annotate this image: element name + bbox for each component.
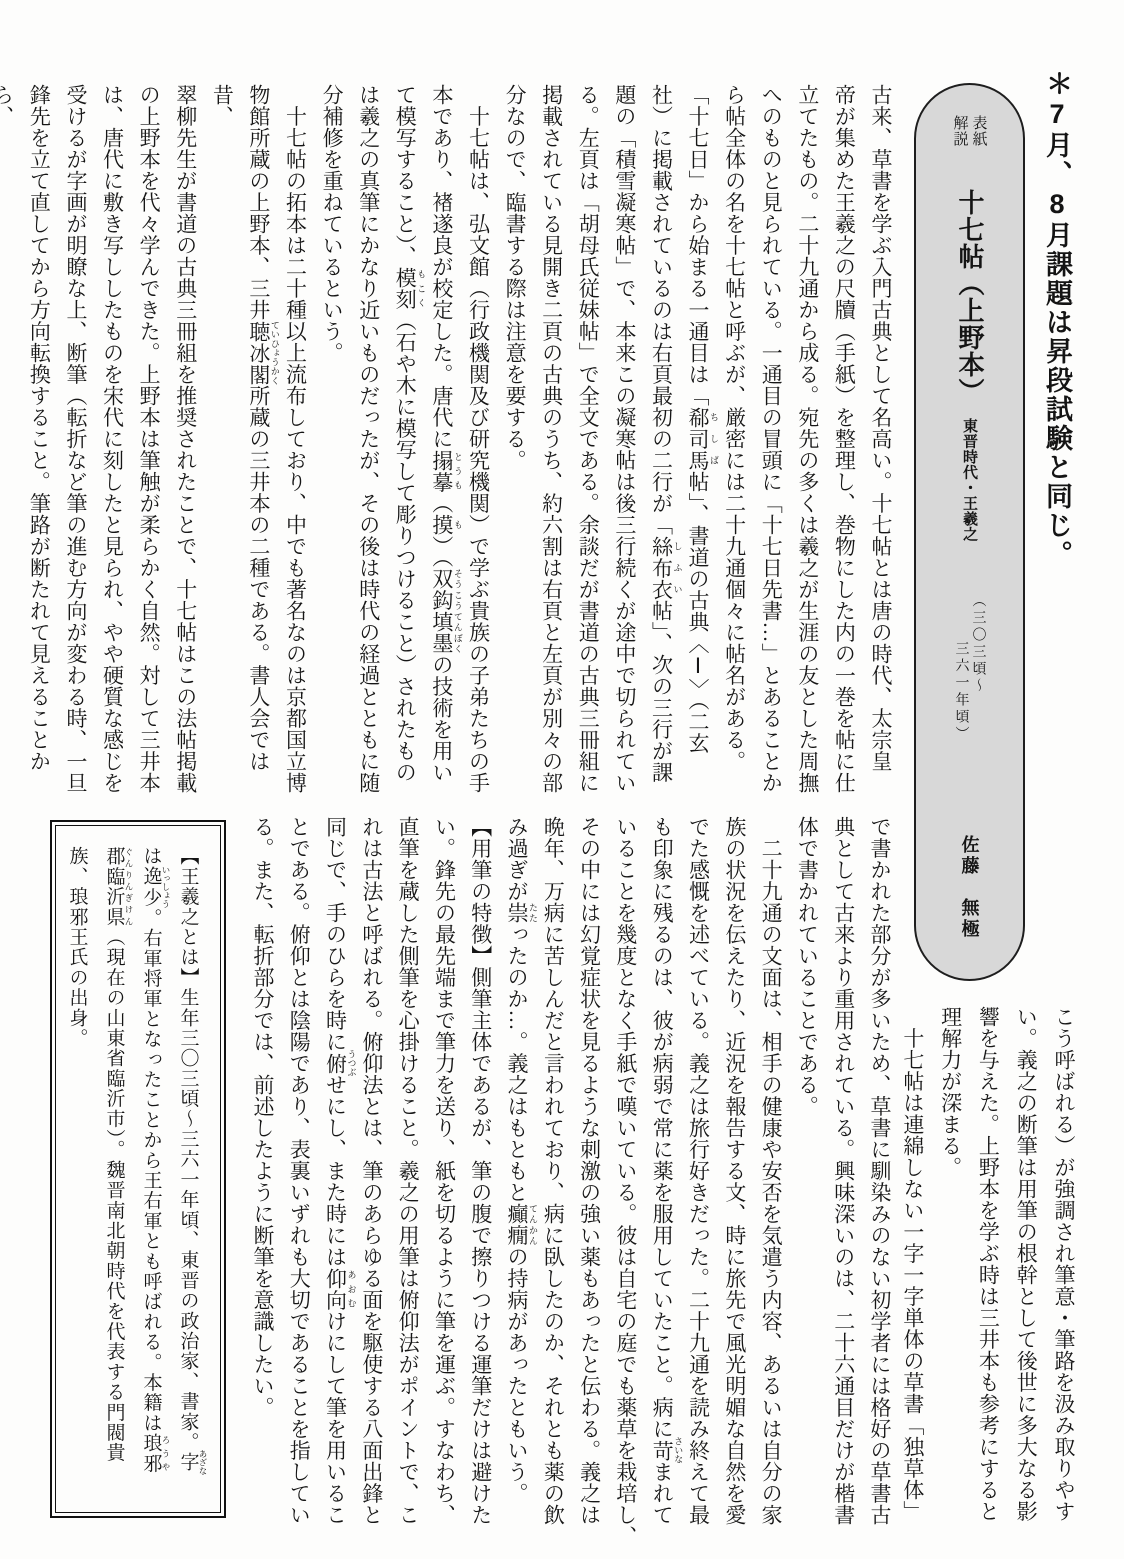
profile-box-inner-border: 【王羲之とは】生年三〇三頃～三六一年頃、東晋の政治家、書家。字あざなは逸少いっし… (55, 825, 221, 1513)
article-bottom-main-section: で書かれた部分が多いため、草書に馴染みのない初学者には格好の草書古典として古来よ… (243, 816, 898, 1558)
article-top-section: 古来、草書を学ぶ入門古典として名高い。十七帖とは唐の時代、太宗皇帝が集めた王羲之… (56, 84, 899, 806)
work-title: 十七帖（上野本） (916, 189, 1023, 405)
cover-tag: 表紙解説 (916, 115, 1023, 147)
wang-xizhi-profile-box: 【王羲之とは】生年三〇三頃～三六一年頃、東晋の政治家、書家。字あざなは逸少いっし… (50, 820, 226, 1518)
commentary-author: 佐藤 無極 (916, 835, 1023, 940)
work-title-text: 十七帖（上野本） (951, 189, 988, 405)
profile-box-text: 【王羲之とは】生年三〇三頃～三六一年頃、東晋の政治家、書家。字あざなは逸少いっし… (59, 846, 209, 1494)
article-bottom-right-section: こう呼ばれる）が強調され筆意・筆路を汲み取りやすい。義之の断筆は用筆の根幹として… (892, 1006, 1082, 1554)
cover-commentary-box: 表紙解説 十七帖（上野本） 東晋時代・王羲之 （三〇三頃～三六一年頃） 佐藤 無… (914, 83, 1025, 981)
work-dates-text: （三〇三頃～三六一年頃） (953, 593, 987, 743)
commentary-author-text: 佐藤 無極 (957, 835, 983, 940)
work-subtitle: 東晋時代・王羲之 (916, 418, 1023, 542)
assignment-note: ＊7月、8月課題は昇段試験と同じ。 (1038, 70, 1077, 610)
newsletter-page: ＊7月、8月課題は昇段試験と同じ。 表紙解説 十七帖（上野本） 東晋時代・王羲之… (0, 0, 1124, 1559)
cover-tag-text: 表紙解説 (951, 115, 989, 147)
work-dates: （三〇三頃～三六一年頃） (916, 593, 1023, 743)
work-subtitle-text: 東晋時代・王羲之 (959, 418, 980, 542)
